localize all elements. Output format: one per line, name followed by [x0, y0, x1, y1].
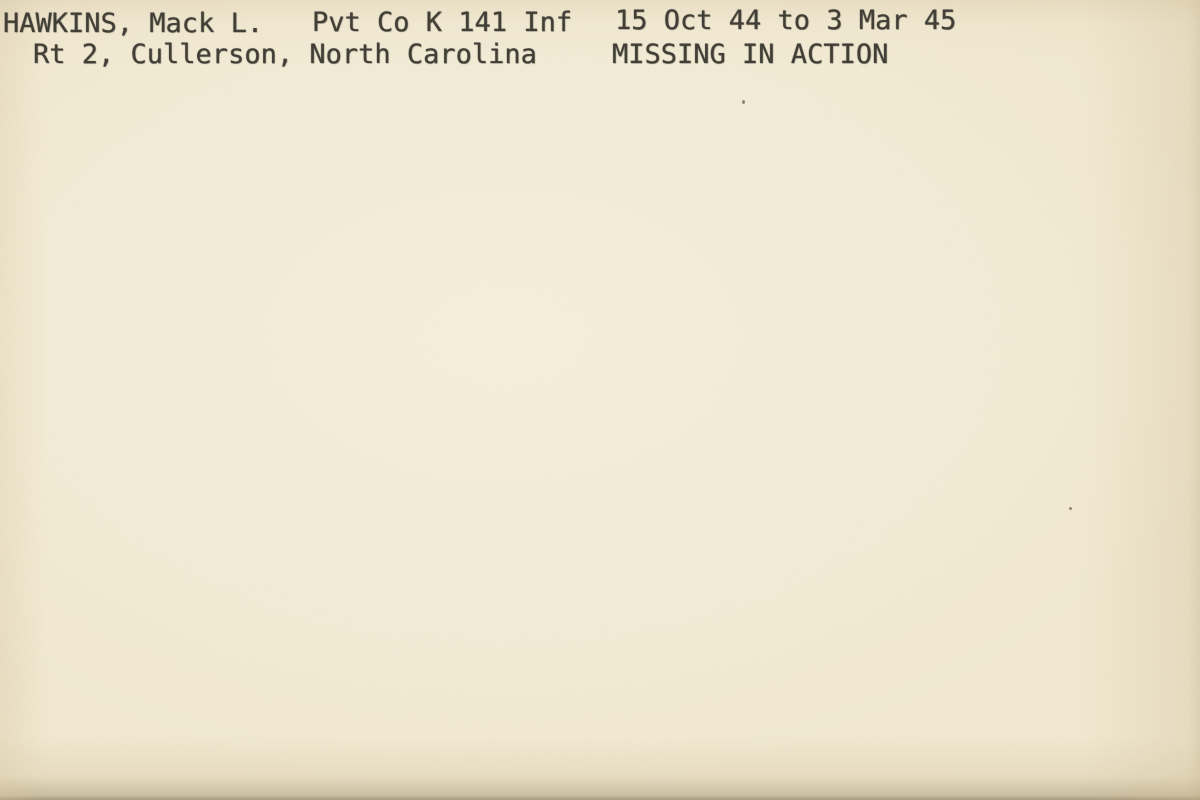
- home-address: Rt 2, Cullerson, North Carolina: [33, 41, 537, 68]
- rank-and-unit: Pvt Co K 141 Inf: [312, 9, 572, 36]
- paper-texture: [0, 0, 1200, 800]
- service-period: 15 Oct 44 to 3 Mar 45: [615, 7, 956, 34]
- index-card: HAWKINS, Mack L. Pvt Co K 141 Inf 15 Oct…: [0, 0, 1200, 800]
- casualty-status: MISSING IN ACTION: [612, 41, 888, 68]
- paper-speck: [1069, 507, 1072, 510]
- soldier-name: HAWKINS, Mack L.: [3, 10, 263, 37]
- paper-speck: [742, 100, 745, 104]
